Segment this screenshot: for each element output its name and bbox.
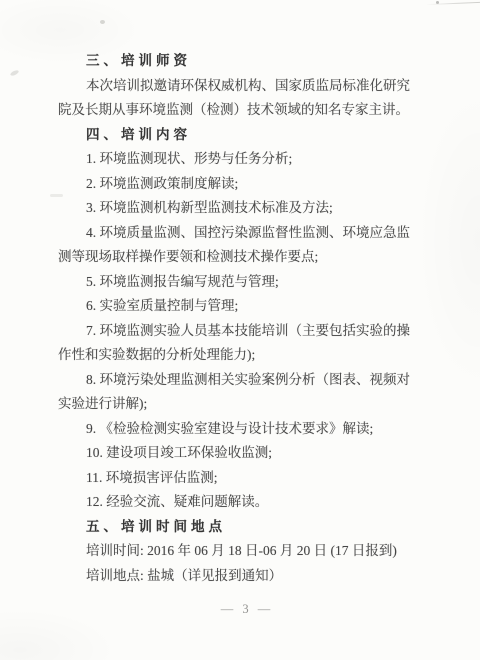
document-page: 三、培训师资 本次培训拟邀请环保权威机构、国家质监局标准化研究院及长期从事环境监…: [0, 0, 480, 660]
list-item-6: 6. 实验室质量控制与管理;: [58, 294, 410, 319]
heading-training-faculty: 三、培训师资: [58, 49, 410, 74]
list-item-11: 11. 环境损害评估监测;: [58, 466, 410, 491]
list-item-8: 8. 环境污染处理监测相关实验案例分析（图表、视频对实验进行讲解);: [58, 368, 410, 417]
list-item-9: 9. 《检验检测实验室建设与设计技术要求》解读;: [58, 417, 410, 442]
scan-hairline: [426, 2, 480, 5]
list-item-10: 10. 建设项目竣工环保验收监测;: [58, 441, 410, 466]
para-training-place: 培训地点: 盐城（详见报到通知）: [58, 564, 410, 589]
heading-training-schedule: 五、培训时间地点: [58, 515, 410, 540]
document-body: 三、培训师资 本次培训拟邀请环保权威机构、国家质监局标准化研究院及长期从事环境监…: [58, 49, 410, 588]
para-training-time: 培训时间: 2016 年 06 月 18 日-06 月 20 日 (17 日报到…: [58, 539, 410, 564]
scan-speck: [436, 1, 439, 4]
scan-speck: [10, 69, 20, 76]
list-item-2: 2. 环境监测政策制度解读;: [58, 172, 410, 197]
list-item-4: 4. 环境质量监测、国控污染源监督性监测、环境应急监测等现场取样操作要领和检测技…: [58, 221, 410, 270]
para-faculty-intro: 本次培训拟邀请环保权威机构、国家质监局标准化研究院及长期从事环境监测（检测）技术…: [58, 74, 410, 123]
list-item-1: 1. 环境监测现状、形势与任务分析;: [58, 147, 410, 172]
heading-training-content: 四、培训内容: [58, 123, 410, 148]
scan-speck: [100, 20, 105, 24]
list-item-12: 12. 经验交流、疑难问题解读。: [58, 490, 410, 515]
list-item-7: 7. 环境监测实验人员基本技能培训（主要包括实验的操作性和实验数据的分析处理能力…: [58, 319, 410, 368]
list-item-3: 3. 环境监测机构新型监测技术标准及方法;: [58, 196, 410, 221]
page-number: — 3 —: [7, 602, 480, 617]
list-item-5: 5. 环境监测报告编写规范与管理;: [58, 270, 410, 295]
